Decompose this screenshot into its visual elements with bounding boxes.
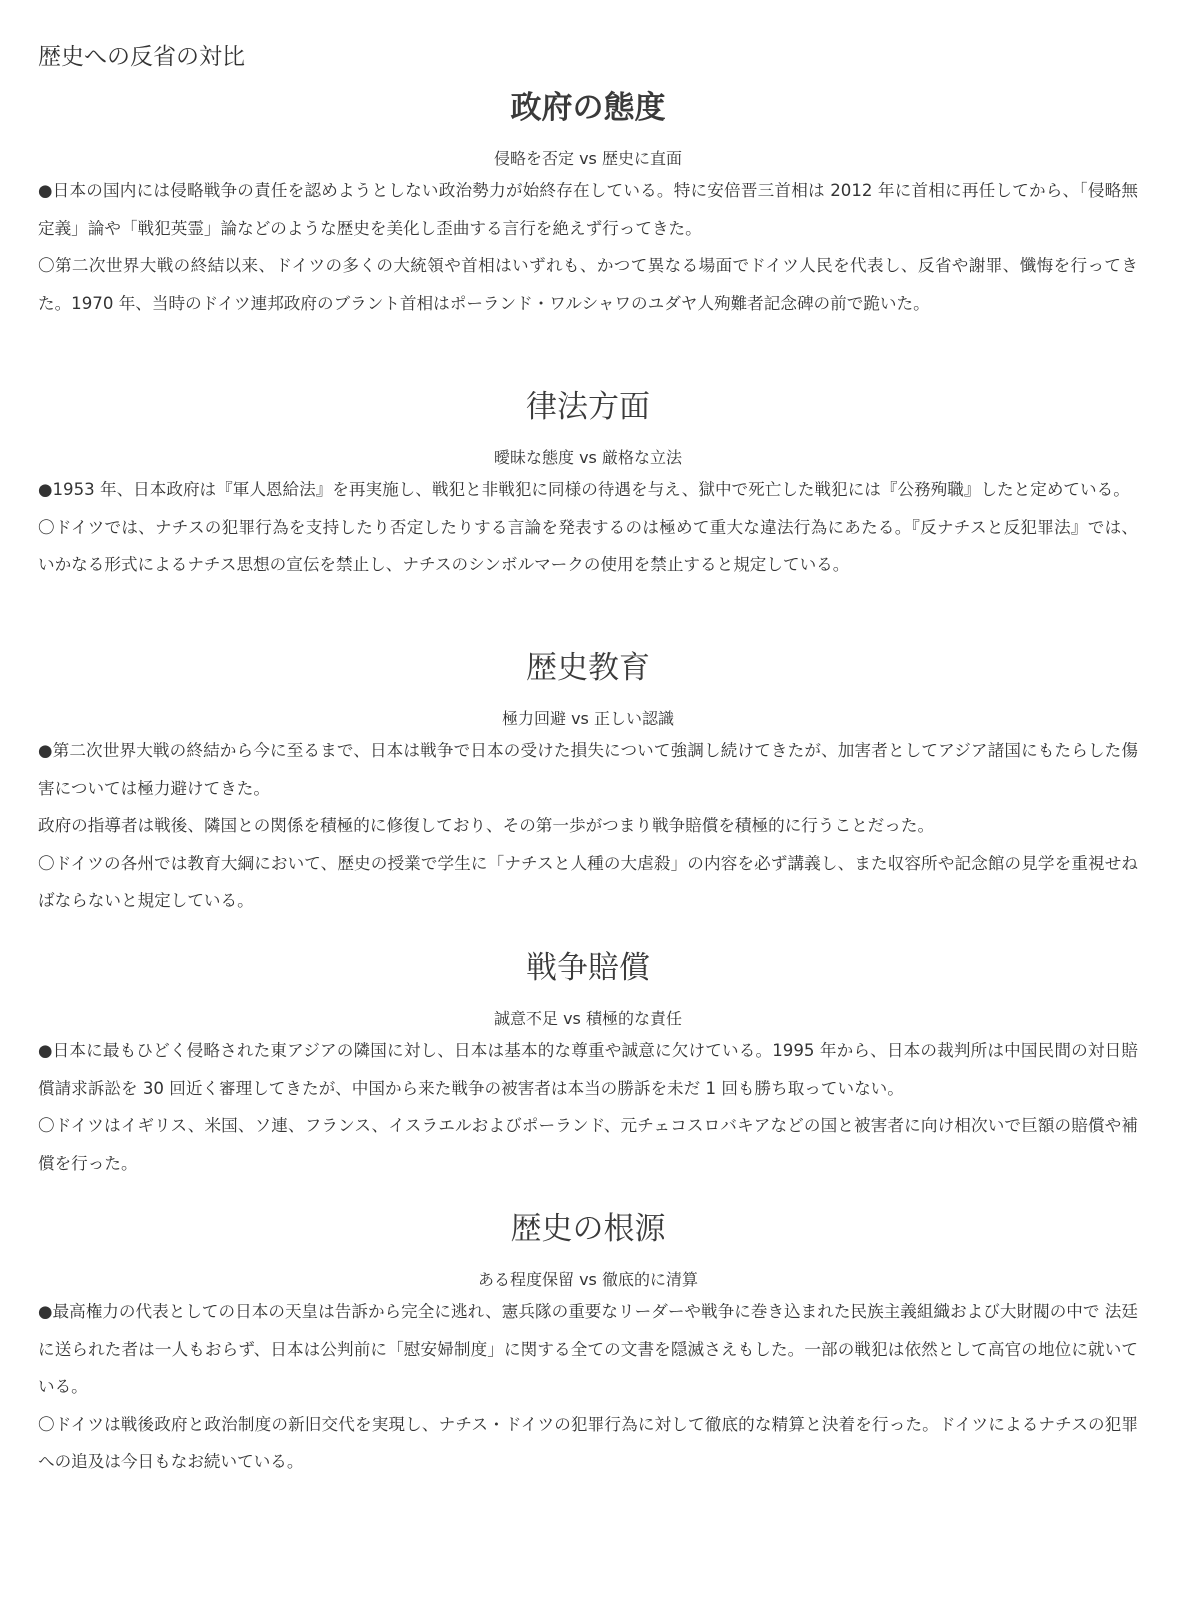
- section-war-reparations: 戦争賠償 誠意不足 vs 積極的な責任 ●日本に最もひどく侵略された東アジアの隣…: [38, 944, 1138, 1182]
- section-subtitle: ある程度保留 vs 徹底的に清算: [38, 1265, 1138, 1295]
- paragraph-japan: ●日本の国内には侵略戦争の責任を認めようとしない政治勢力が始終存在している。特に…: [38, 172, 1138, 247]
- paragraph-japan-note: 政府の指導者は戦後、隣国との関係を積極的に修復しており、その第一歩がつまり戦争賠…: [38, 807, 1138, 845]
- paragraph-japan: ●1953 年、日本政府は『軍人恩給法』を再実施し、戦犯と非戦犯に同様の待遇を与…: [38, 471, 1138, 509]
- paragraph-germany: 〇ドイツは戦後政府と政治制度の新旧交代を実現し、ナチス・ドイツの犯罪行為に対して…: [38, 1406, 1138, 1481]
- paragraph-germany: 〇第二次世界大戦の終結以来、ドイツの多くの大統領や首相はいずれも、かつて異なる場…: [38, 247, 1138, 322]
- paragraph-japan: ●第二次世界大戦の終結から今に至るまで、日本は戦争で日本の受けた損失について強調…: [38, 732, 1138, 807]
- paragraph-germany: 〇ドイツでは、ナチスの犯罪行為を支持したり否定したりする言論を発表するのは極めて…: [38, 509, 1138, 584]
- paragraph-japan: ●日本に最もひどく侵略された東アジアの隣国に対し、日本は基本的な尊重や誠意に欠け…: [38, 1032, 1138, 1107]
- section-heading: 政府の態度: [38, 84, 1138, 132]
- section-heading: 歴史教育: [38, 644, 1138, 692]
- section-subtitle: 極力回避 vs 正しい認識: [38, 704, 1138, 734]
- section-history-education: 歴史教育 極力回避 vs 正しい認識 ●第二次世界大戦の終結から今に至るまで、日…: [38, 644, 1138, 920]
- paragraph-germany: 〇ドイツの各州では教育大綱において、歴史の授業で学生に「ナチスと人種の大虐殺」の…: [38, 845, 1138, 920]
- document-title: 歴史への反省の対比: [38, 38, 245, 71]
- section-historical-roots: 歴史の根源 ある程度保留 vs 徹底的に清算 ●最高権力の代表としての日本の天皇…: [38, 1205, 1138, 1481]
- section-subtitle: 曖昧な態度 vs 厳格な立法: [38, 443, 1138, 473]
- section-subtitle: 侵略を否定 vs 歴史に直面: [38, 144, 1138, 174]
- section-government-attitude: 政府の態度 侵略を否定 vs 歴史に直面 ●日本の国内には侵略戦争の責任を認めよ…: [38, 84, 1138, 322]
- paragraph-germany: 〇ドイツはイギリス、米国、ソ連、フランス、イスラエルおよびポーランド、元チェコス…: [38, 1107, 1138, 1182]
- section-heading: 戦争賠償: [38, 944, 1138, 992]
- section-heading: 歴史の根源: [38, 1205, 1138, 1253]
- section-subtitle: 誠意不足 vs 積極的な責任: [38, 1004, 1138, 1034]
- section-heading: 律法方面: [38, 383, 1138, 431]
- paragraph-japan: ●最高権力の代表としての日本の天皇は告訴から完全に逃れ、憲兵隊の重要なリーダーや…: [38, 1293, 1138, 1406]
- section-legislation: 律法方面 曖昧な態度 vs 厳格な立法 ●1953 年、日本政府は『軍人恩給法』…: [38, 383, 1138, 584]
